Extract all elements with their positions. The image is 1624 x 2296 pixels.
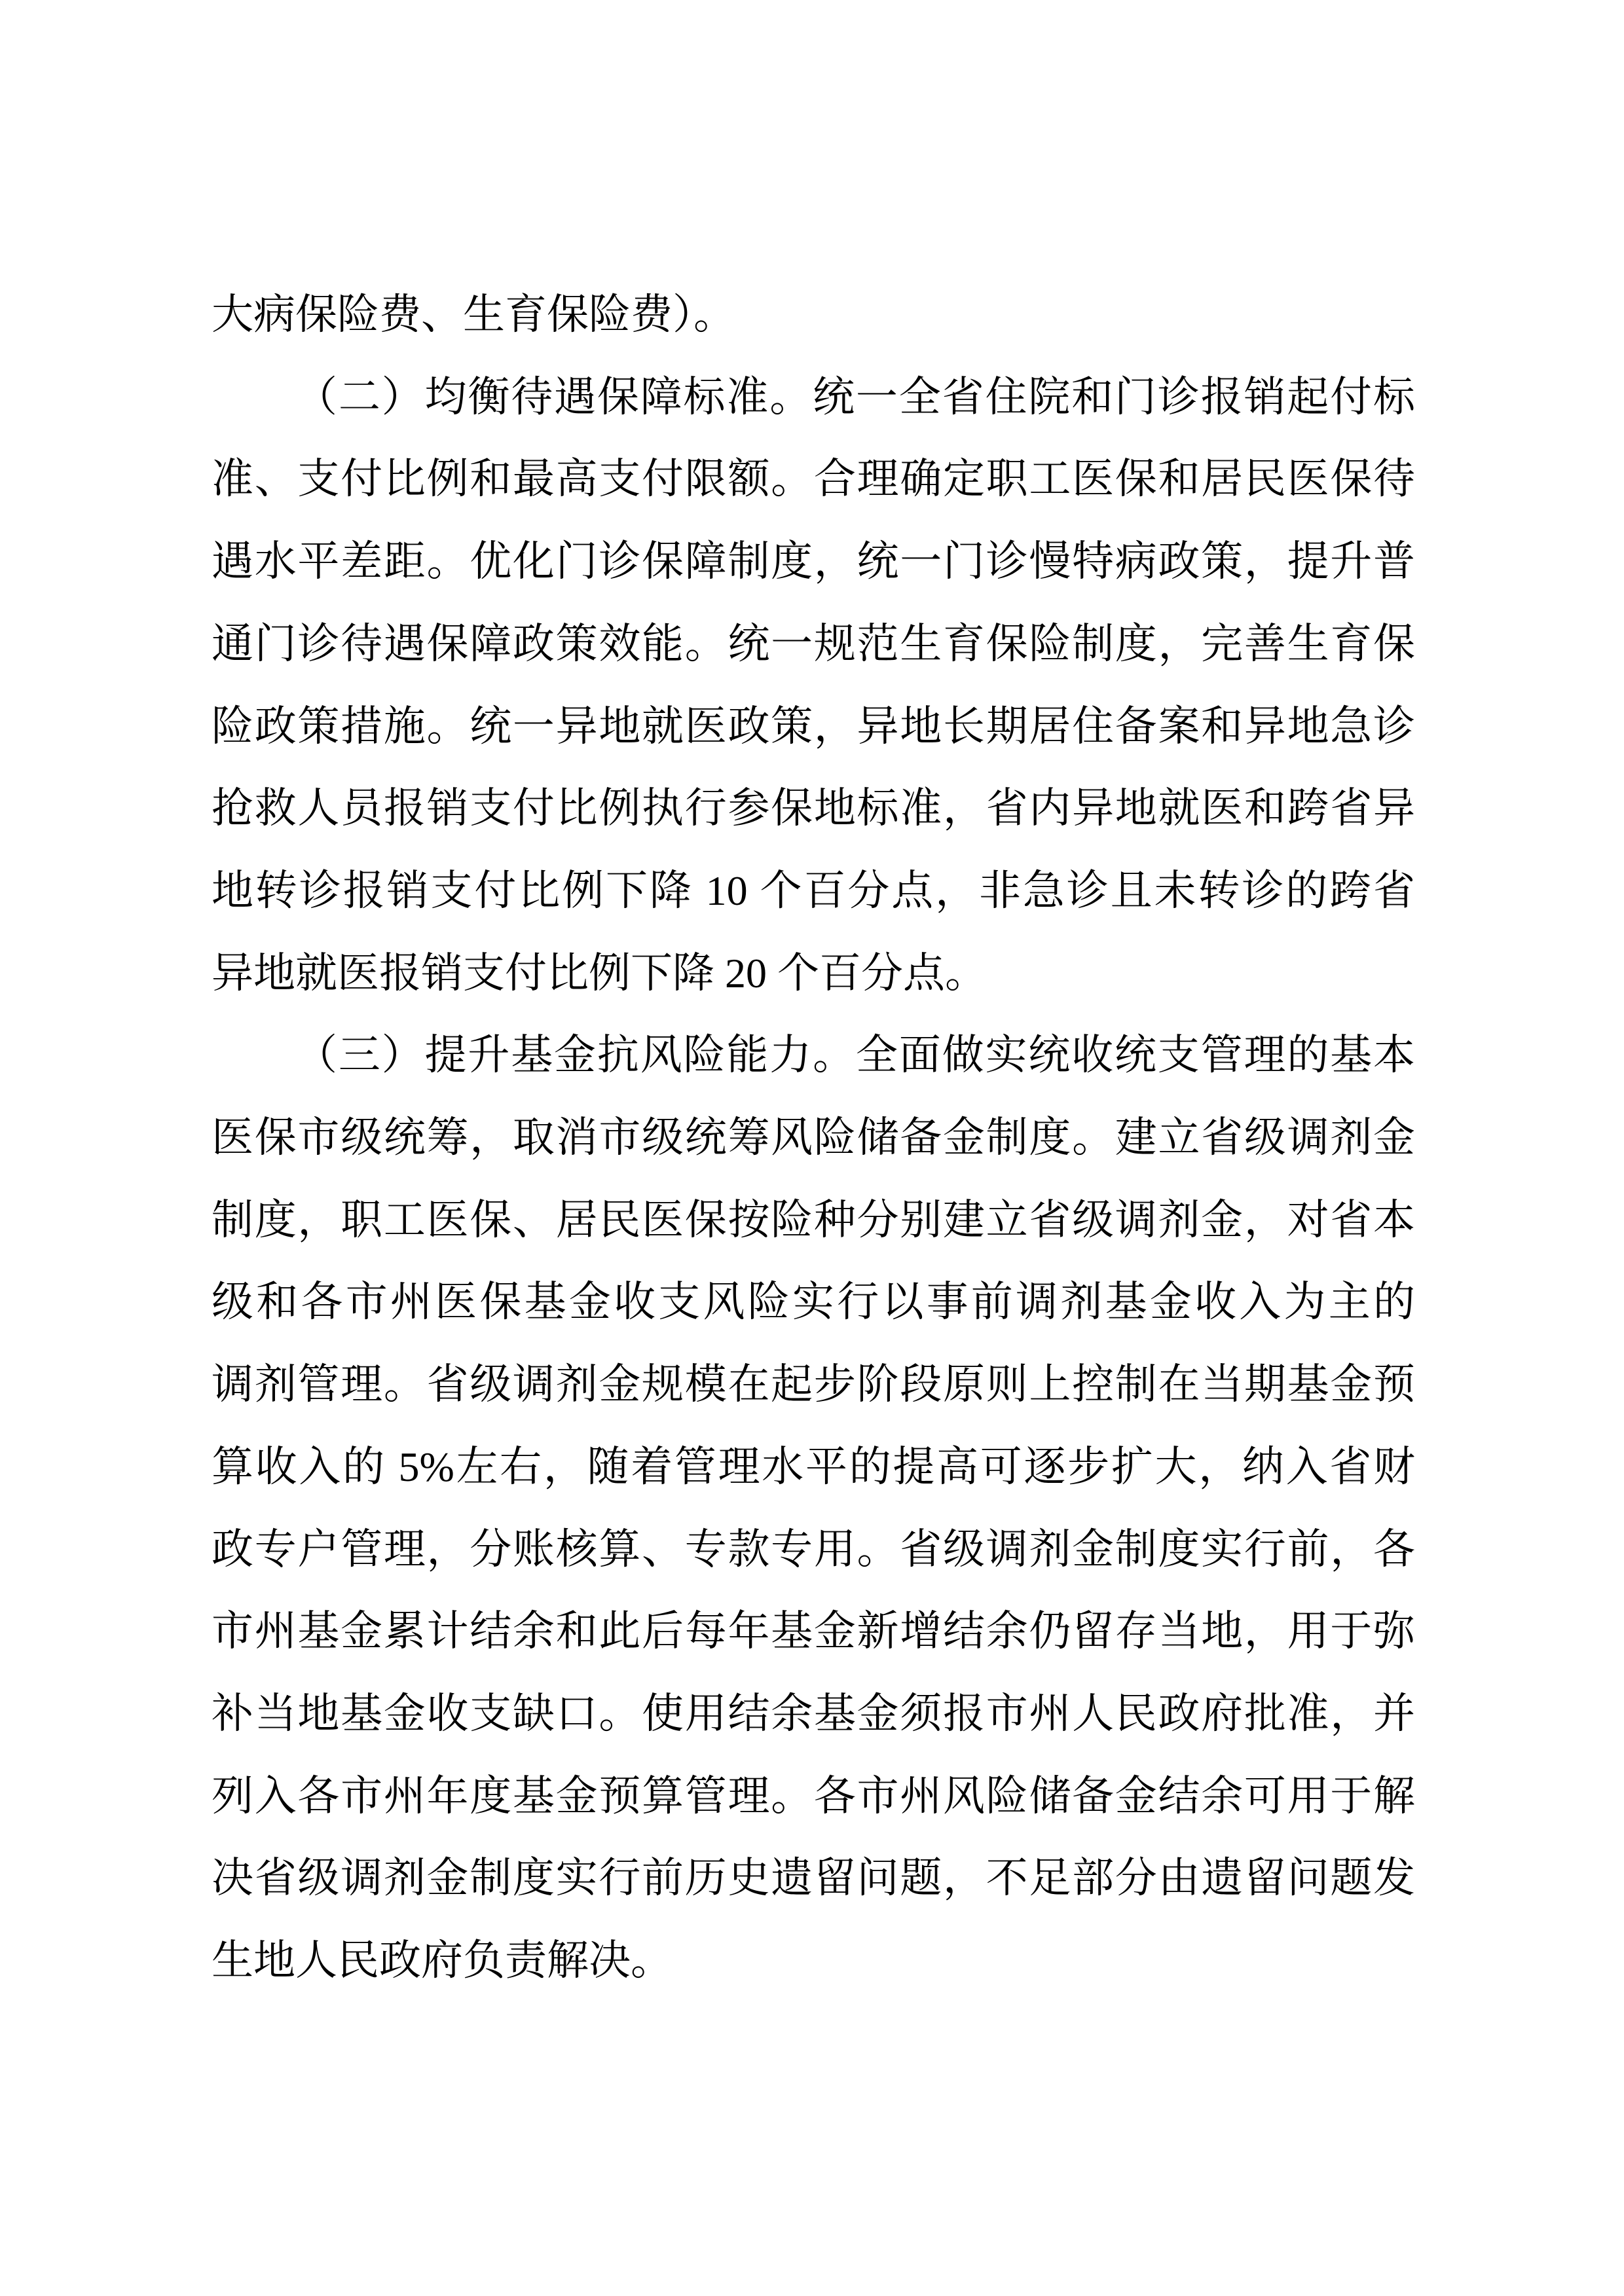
paragraph-item-2: （二）均衡待遇保障标准。统一全省住院和门诊报销起付标 准、支付比例和最高支付限额… — [212, 356, 1415, 1015]
text-line: 级和各市州医保基金收支风险实行以事前调剂基金收入为主的 — [212, 1261, 1415, 1343]
paragraph-continuation: 大病保险费、生育保险费）。 — [212, 274, 1415, 356]
text-line: 制度，职工医保、居民医保按险种分别建立省级调剂金，对省本 — [212, 1179, 1415, 1262]
text-line: 医保市级统筹，取消市级统筹风险储备金制度。建立省级调剂金 — [212, 1097, 1415, 1179]
text-line: 遇水平差距。优化门诊保障制度，统一门诊慢特病政策，提升普 — [212, 520, 1415, 603]
text-line: 算收入的 5%左右，随着管理水平的提高可逐步扩大，纳入省财 — [212, 1426, 1415, 1508]
text-line: 大病保险费、生育保险费）。 — [212, 274, 1415, 356]
text-line: 列入各市州年度基金预算管理。各市州风险储备金结余可用于解 — [212, 1755, 1415, 1838]
paragraph-item-3: （三）提升基金抗风险能力。全面做实统收统支管理的基本 医保市级统筹，取消市级统筹… — [212, 1014, 1415, 2001]
text-line: 政专户管理，分账核算、专款专用。省级调剂金制度实行前，各 — [212, 1508, 1415, 1591]
text-line: 生地人民政府负责解决。 — [212, 1920, 1415, 2002]
document-text-block: 大病保险费、生育保险费）。 （二）均衡待遇保障标准。统一全省住院和门诊报销起付标… — [212, 274, 1415, 2002]
text-line: 异地就医报销支付比例下降 20 个百分点。 — [212, 932, 1415, 1015]
text-line: 调剂管理。省级调剂金规模在起步阶段原则上控制在当期基金预 — [212, 1343, 1415, 1426]
text-line: （三）提升基金抗风险能力。全面做实统收统支管理的基本 — [212, 1014, 1415, 1097]
text-line: 准、支付比例和最高支付限额。合理确定职工医保和居民医保待 — [212, 438, 1415, 520]
text-line: 市州基金累计结余和此后每年基金新增结余仍留存当地，用于弥 — [212, 1590, 1415, 1673]
text-line: 决省级调剂金制度实行前历史遗留问题，不足部分由遗留问题发 — [212, 1837, 1415, 1920]
text-line: 险政策措施。统一异地就医政策，异地长期居住备案和异地急诊 — [212, 685, 1415, 768]
text-line: 地转诊报销支付比例下降 10 个百分点，非急诊且未转诊的跨省 — [212, 850, 1415, 932]
text-line: 补当地基金收支缺口。使用结余基金须报市州人民政府批准，并 — [212, 1673, 1415, 1755]
text-line: 抢救人员报销支付比例执行参保地标准，省内异地就医和跨省异 — [212, 767, 1415, 850]
text-line: 通门诊待遇保障政策效能。统一规范生育保险制度，完善生育保 — [212, 603, 1415, 685]
text-line: （二）均衡待遇保障标准。统一全省住院和门诊报销起付标 — [212, 356, 1415, 439]
document-page: 大病保险费、生育保险费）。 （二）均衡待遇保障标准。统一全省住院和门诊报销起付标… — [0, 0, 1624, 2296]
